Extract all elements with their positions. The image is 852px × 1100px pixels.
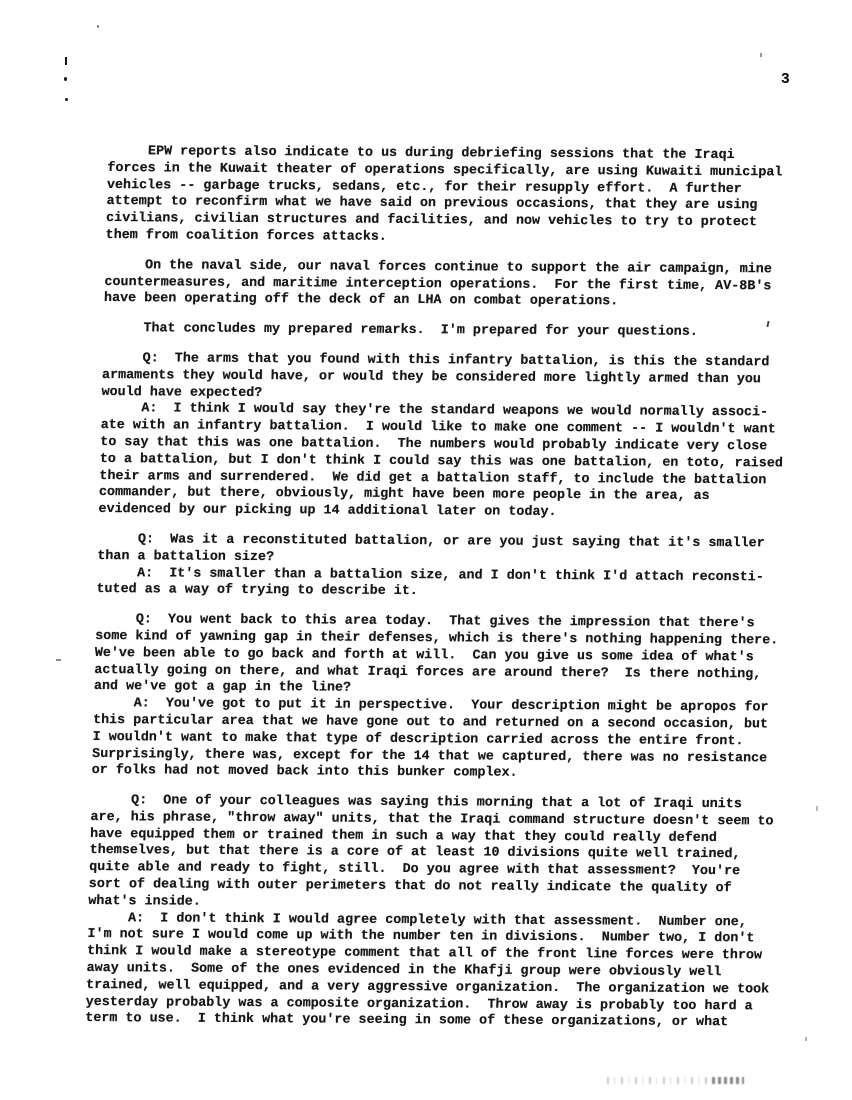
scan-artifact <box>65 98 68 101</box>
scan-artifact <box>56 659 61 661</box>
answer-paragraph: A: It's smaller than a battalion size, a… <box>96 566 797 604</box>
scan-smudge <box>712 1077 744 1084</box>
transcript-body: EPW reports also indicate to us during d… <box>85 144 808 1033</box>
scan-smudge <box>607 1077 707 1084</box>
scan-artifact <box>97 25 99 28</box>
scan-artifact <box>760 53 762 57</box>
scan-artifact <box>805 1037 807 1041</box>
statement-paragraph: EPW reports also indicate to us during d… <box>105 144 808 249</box>
question-paragraph: Q: One of your colleagues was saying thi… <box>88 793 791 915</box>
scan-artifact <box>65 57 67 65</box>
page-number: 3 <box>781 72 790 88</box>
question-paragraph: Q: Was it a reconstituted battalion, or … <box>97 532 798 570</box>
answer-paragraph: A: I think I would say they're the stand… <box>98 401 801 523</box>
answer-paragraph: A: You've got to put it in perspective. … <box>91 696 793 785</box>
statement-paragraph: That concludes my prepared remarks. I'm … <box>103 321 803 342</box>
scan-artifact <box>816 806 818 811</box>
scanned-transcript-page: 3 EPW reports also indicate to us during… <box>0 0 852 1100</box>
statement-paragraph: On the naval side, our naval forces cont… <box>104 258 805 313</box>
scan-artifact <box>64 77 67 81</box>
question-paragraph: Q: You went back to this area today. Tha… <box>94 612 796 701</box>
question-paragraph: Q: The arms that you found with this inf… <box>101 351 802 406</box>
answer-paragraph: A: I don't think I would agree completel… <box>85 911 788 1033</box>
